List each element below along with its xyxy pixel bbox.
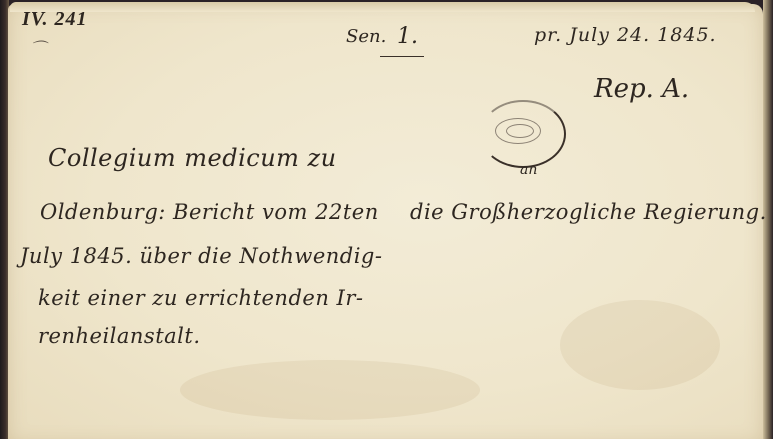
body-line-1: Collegium medicum zu [48,144,337,172]
sequence-underline [380,56,424,57]
sequence-label: Sen. [346,26,386,47]
archive-number: IV. 241 [22,8,88,31]
archive-mark-flourish: ⌒ [30,36,46,59]
paper-stain [560,300,720,390]
body-line-5: renheilanstalt. [38,324,201,348]
sequence-number: 1. [397,24,418,49]
body-line-2: Oldenburg: Bericht vom 22ten [40,200,379,224]
initials-signature: Rep. A. [594,74,689,104]
body-line-3: July 1845. über die Nothwendig- [20,244,382,268]
addressee-line: die Großherzogliche Regierung. [410,200,767,224]
page-top-edge [10,2,755,12]
received-date: pr. July 24. 1845. [534,24,717,46]
paper-stain [180,360,480,420]
body-line-4: keit einer zu errichtenden Ir- [38,286,363,310]
flourish-inner2-icon [506,124,534,138]
addressee-prefix: an [520,162,537,178]
